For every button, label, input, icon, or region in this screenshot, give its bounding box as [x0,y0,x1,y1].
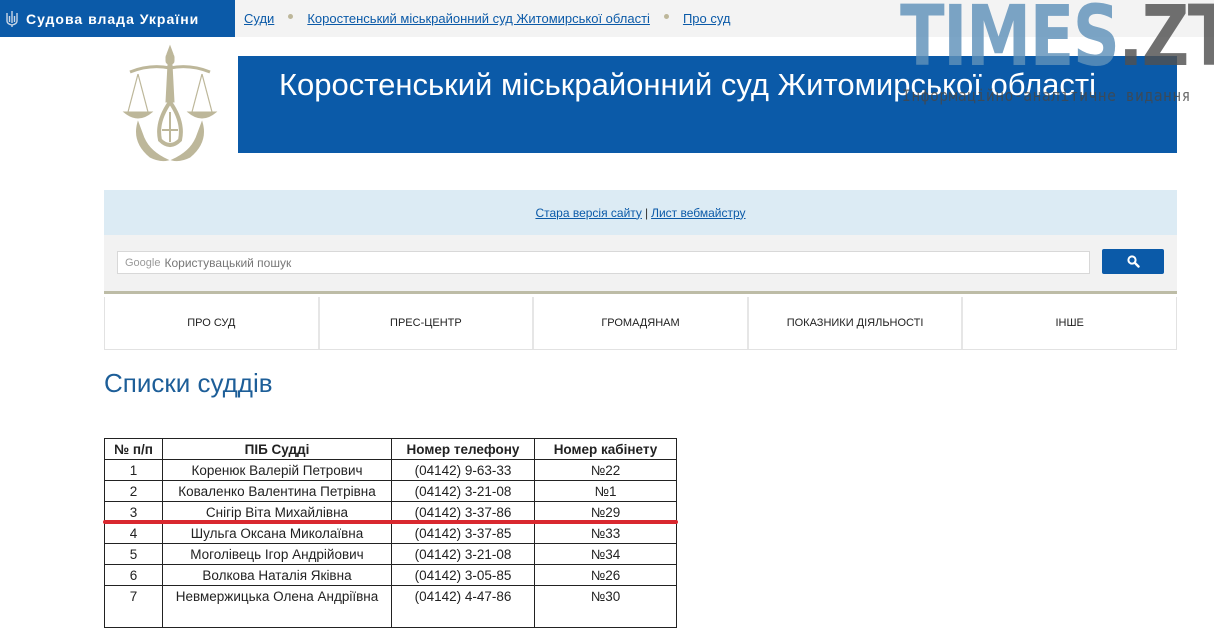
cell-name: Невмержицька Олена Андріївна [163,586,392,628]
cell-phone: (04142) 3-21-08 [392,481,535,502]
search-icon [1127,255,1140,268]
cell-room: №33 [535,523,677,544]
cell-n: 1 [105,460,163,481]
links-strip: Стара версія сайту | Лист вебмайстру [104,190,1177,235]
table-row: 1Коренюк Валерій Петрович(04142) 9-63-33… [105,460,677,481]
cell-name: Коренюк Валерій Петрович [163,460,392,481]
scales-of-justice-icon [120,42,220,167]
page-title: Списки суддів [104,368,273,399]
cell-name: Волкова Наталія Яківна [163,565,392,586]
court-banner: Коростенський міськрайонний суд Житомирс… [238,56,1177,153]
cell-n: 7 [105,586,163,628]
cell-name: Моголівець Ігор Андрійович [163,544,392,565]
cell-phone: (04142) 3-05-85 [392,565,535,586]
cell-n: 6 [105,565,163,586]
breadcrumb-separator [288,14,293,19]
breadcrumb-about[interactable]: Про суд [683,11,731,26]
table-row: 2Коваленко Валентина Петрівна(04142) 3-2… [105,481,677,502]
trident-icon [4,10,20,28]
table-row: 4Шульга Оксана Миколаївна(04142) 3-37-85… [105,523,677,544]
google-label: Google [125,257,160,269]
cell-name: Коваленко Валентина Петрівна [163,481,392,502]
table-row: 6Волкова Наталія Яківна(04142) 3-05-85№2… [105,565,677,586]
search-placeholder: Користувацький пошук [164,256,291,270]
brand-text: Судова влада України [26,11,199,27]
cell-room: №30 [535,586,677,628]
cell-n: 2 [105,481,163,502]
webmaster-link[interactable]: Лист вебмайстру [651,206,745,220]
cell-n: 5 [105,544,163,565]
judges-table: № п/п ПІБ Судді Номер телефону Номер каб… [104,438,677,628]
search-strip: Google Користувацький пошук [104,235,1177,294]
header-number: № п/п [105,439,163,460]
search-input[interactable]: Google Користувацький пошук [117,251,1090,274]
cell-name: Шульга Оксана Миколаївна [163,523,392,544]
nav-press-center[interactable]: ПРЕС-ЦЕНТР [320,297,535,349]
cell-room: №34 [535,544,677,565]
cell-room: №26 [535,565,677,586]
link-separator: | [645,206,648,220]
search-button[interactable] [1102,249,1164,274]
nav-performance[interactable]: ПОКАЗНИКИ ДІЯЛЬНОСТІ [749,297,964,349]
table-row: 7Невмержицька Олена Андріївна(04142) 4-4… [105,586,677,628]
breadcrumb-court[interactable]: Коростенський міськрайонний суд Житомирс… [307,11,650,26]
cell-phone: (04142) 3-21-08 [392,544,535,565]
nav-about[interactable]: ПРО СУД [105,297,320,349]
old-version-link[interactable]: Стара версія сайту [535,206,641,220]
cell-n: 4 [105,523,163,544]
main-nav: ПРО СУД ПРЕС-ЦЕНТР ГРОМАДЯНАМ ПОКАЗНИКИ … [104,297,1177,350]
highlight-underline [103,520,678,524]
breadcrumb-separator [664,14,669,19]
cell-room: №22 [535,460,677,481]
header-room: Номер кабінету [535,439,677,460]
header-name: ПІБ Судді [163,439,392,460]
nav-other[interactable]: ІНШЕ [963,297,1176,349]
cell-phone: (04142) 3-37-85 [392,523,535,544]
top-bar: Судова влада України Суди Коростенський … [0,0,1214,37]
cell-room: №1 [535,481,677,502]
cell-phone: (04142) 9-63-33 [392,460,535,481]
table-row: 5Моголівець Ігор Андрійович(04142) 3-21-… [105,544,677,565]
table-header-row: № п/п ПІБ Судді Номер телефону Номер каб… [105,439,677,460]
breadcrumb-courts[interactable]: Суди [244,11,274,26]
cell-phone: (04142) 4-47-86 [392,586,535,628]
nav-citizens[interactable]: ГРОМАДЯНАМ [534,297,749,349]
court-title: Коростенський міськрайонний суд Житомирс… [279,62,1159,108]
brand-link[interactable]: Судова влада України [0,0,235,37]
breadcrumb: Суди Коростенський міськрайонний суд Жит… [244,0,731,37]
header-phone: Номер телефону [392,439,535,460]
